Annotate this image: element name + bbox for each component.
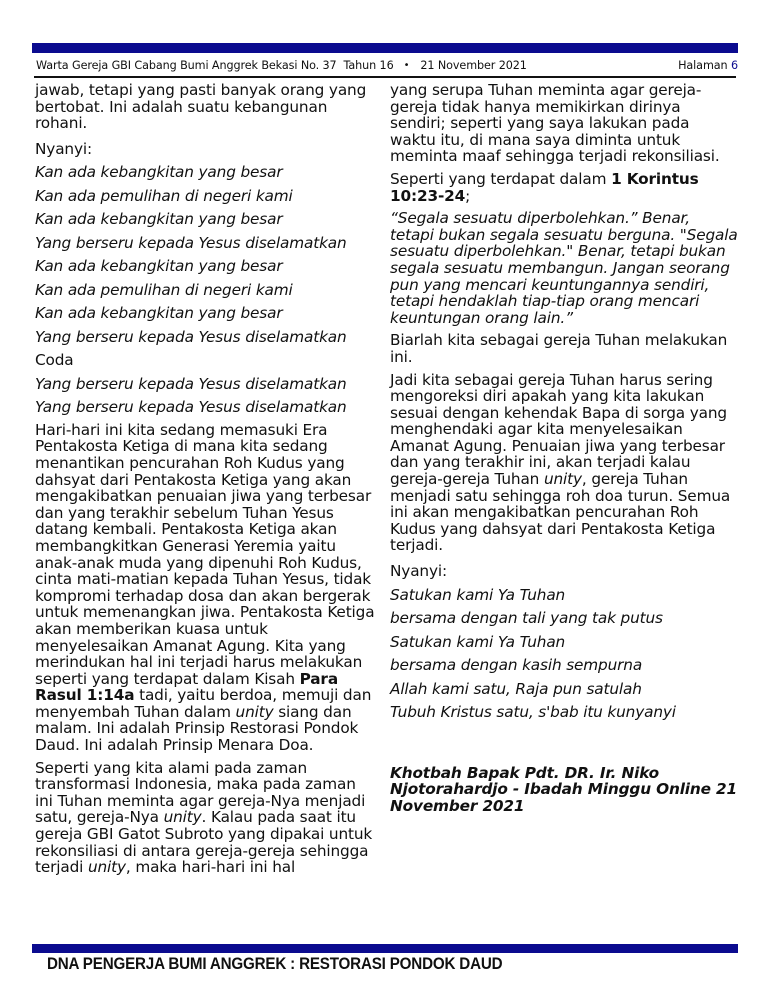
scripture-quote: “Segala sesuatu diperbolehkan.” Benar, t… [390, 210, 738, 326]
song-line: Kan ada kebangkitan yang besar [35, 302, 375, 326]
song-label: Nyanyi: [390, 560, 738, 584]
song-line: Kan ada pemulihan di negeri kami [35, 185, 375, 209]
song-line: Tubuh Kristus satu, s'bab itu kunyanyi [390, 701, 738, 725]
top-accent-bar [32, 43, 738, 53]
paragraph: Biarlah kita sebagai gereja Tuhan melaku… [390, 332, 738, 365]
song-lyrics: Satukan kami Ya Tuhan bersama dengan tal… [390, 584, 738, 725]
song-line: Kan ada kebangkitan yang besar [35, 161, 375, 185]
paragraph: Seperti yang kita alami pada zaman trans… [35, 760, 375, 876]
song-line: Kan ada kebangkitan yang besar [35, 208, 375, 232]
emphasis-text: unity [88, 858, 126, 876]
song-label: Nyanyi: [35, 138, 375, 162]
song-line: Yang berseru kepada Yesus diselamatkan [35, 326, 375, 350]
bottom-accent-bar [32, 944, 738, 953]
song-line: Satukan kami Ya Tuhan [390, 584, 738, 608]
page-label: Halaman [678, 59, 727, 72]
right-column: yang serupa Tuhan meminta agar gereja-ge… [390, 82, 738, 830]
page-header: Warta Gereja GBI Cabang Bumi Anggrek Bek… [36, 56, 738, 74]
page-indicator: Halaman 6 [678, 59, 738, 72]
paragraph: jawab, tetapi yang pasti banyak orang ya… [35, 82, 375, 132]
song-line: Allah kami satu, Raja pun satulah [390, 678, 738, 702]
song-line: Kan ada pemulihan di negeri kami [35, 279, 375, 303]
sermon-attribution: Khotbah Bapak Pdt. DR. Ir. Niko Njotorah… [390, 765, 738, 815]
song-line: Kan ada kebangkitan yang besar [35, 255, 375, 279]
song-line: Satukan kami Ya Tuhan [390, 631, 738, 655]
song-line: bersama dengan tali yang tak putus [390, 607, 738, 631]
coda-label: Coda [35, 349, 375, 373]
song-line: Yang berseru kepada Yesus diselamatkan [35, 232, 375, 256]
paragraph: Seperti yang terdapat dalam 1 Korintus 1… [390, 171, 738, 204]
text-run: , maka hari-hari ini hal [126, 858, 295, 876]
page-footer: DNA PENGERJA BUMI ANGGREK : RESTORASI PO… [47, 955, 502, 974]
publication-title: Warta Gereja GBI Cabang Bumi Anggrek Bek… [36, 59, 394, 72]
song-lyrics: Kan ada kebangkitan yang besar Kan ada p… [35, 161, 375, 349]
text-run: Hari-hari ini kita sedang memasuki Era P… [35, 421, 374, 688]
issue-date: 21 November 2021 [420, 59, 526, 72]
song-line: Yang berseru kepada Yesus diselamatkan [35, 396, 375, 420]
emphasis-text: unity [236, 703, 274, 721]
song-line: bersama dengan kasih sempurna [390, 654, 738, 678]
text-run: ; [465, 187, 470, 205]
paragraph: Hari-hari ini kita sedang memasuki Era P… [35, 422, 375, 754]
page-number: 6 [731, 59, 738, 72]
bullet-separator: • [404, 60, 410, 71]
header-divider [34, 76, 736, 78]
paragraph: yang serupa Tuhan meminta agar gereja-ge… [390, 82, 738, 165]
song-line: Yang berseru kepada Yesus diselamatkan [35, 373, 375, 397]
emphasis-text: unity [164, 808, 202, 826]
left-column: jawab, tetapi yang pasti banyak orang ya… [35, 82, 375, 882]
emphasis-text: unity [544, 470, 582, 488]
text-run: Seperti yang terdapat dalam [390, 170, 611, 188]
paragraph: Jadi kita sebagai gereja Tuhan harus ser… [390, 372, 738, 555]
